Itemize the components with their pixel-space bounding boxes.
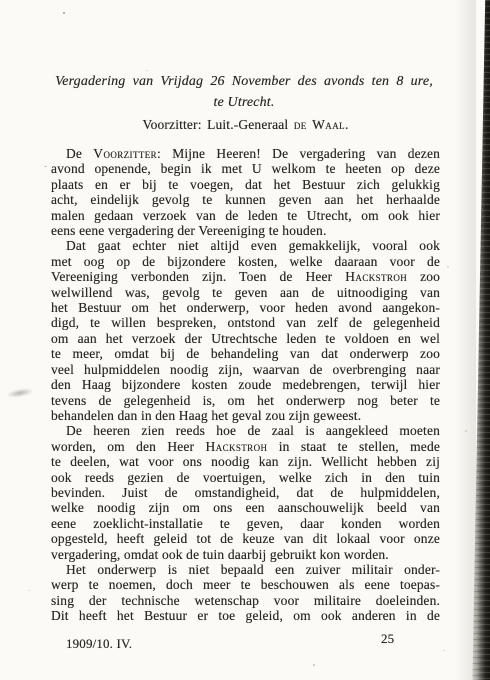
text-line: bevinden. Juist de omstandigheid, dat de… <box>51 485 440 500</box>
scan-speck <box>465 430 467 432</box>
body-text: De Voorzitter: Mijne Heeren! De vergader… <box>51 146 440 624</box>
text-line: malen gedaan verzoek van de leden te Utr… <box>51 208 440 223</box>
paragraph: Het onderwerp is niet bepaald een zuiver… <box>51 562 440 624</box>
text-line: ook reeds gezien de voertuigen, welke zi… <box>51 470 440 485</box>
text-line: eene zoeklicht-installatie te geven, daa… <box>51 516 440 531</box>
text-line: digd, te willen bespreken, ontstond van … <box>51 315 440 330</box>
text-line: te meer, omdat bij de behandeling van da… <box>51 346 440 361</box>
text-line: avond openende, begin ik met U welkom te… <box>51 161 440 176</box>
scan-speck <box>447 266 449 268</box>
text-line: De Voorzitter: Mijne Heeren! De vergader… <box>51 146 440 161</box>
text-line: acht, eindelijk gevolg te kunnen geven a… <box>51 192 440 207</box>
text-line: welke noodig zijn om ons een aanschouwel… <box>51 500 440 515</box>
text-line: behandelen dan in den Haag het geval zou… <box>51 408 440 423</box>
text-line: welwillend was, gevolg te geven aan de u… <box>51 285 440 300</box>
meeting-heading: Vergadering van Vrijdag 26 November des … <box>44 71 444 113</box>
chairman-line: Voorzitter: Luit.-Generaal de Waal. <box>51 117 440 133</box>
text-line: opgesteld, heeft geleid tot de keuze van… <box>51 531 440 546</box>
scan-speck <box>63 12 65 14</box>
text-line: Dit heeft het Bestuur er toe geleid, om … <box>51 608 440 623</box>
small-caps-name: Hackstroh <box>206 439 268 454</box>
text-line: tevens de gelegenheid is, om het onderwe… <box>51 393 440 408</box>
page-curvature-shading <box>454 0 476 680</box>
text-line: het Bestuur om het onderwerp, voor heden… <box>51 300 440 315</box>
text-line: worden, om den Heer Hackstroh in staat t… <box>51 439 440 454</box>
text-line: den Haag bijzondere kosten zoude medebre… <box>51 377 440 392</box>
small-caps-name: Voorzitter <box>93 146 157 161</box>
heading-line-1: Vergadering van Vrijdag 26 November des … <box>44 71 444 92</box>
scan-speck <box>443 650 445 651</box>
scan-speck <box>44 166 47 167</box>
page-number: 25 <box>381 631 394 647</box>
text-line: vergadering, omdat ook de tuin daarbij g… <box>51 547 440 562</box>
paragraph: De heeren zien reeds hoe de zaal is aang… <box>51 423 440 562</box>
volume-footnote: 1909/10. IV. <box>66 636 132 652</box>
scan-speck <box>146 70 148 71</box>
text-line: De heeren zien reeds hoe de zaal is aang… <box>51 423 440 438</box>
scanned-page: Vergadering van Vrijdag 26 November des … <box>0 0 490 680</box>
text-line: Het onderwerp is niet bepaald een zuiver… <box>51 562 440 577</box>
scan-speck <box>28 590 30 591</box>
text-line: Dat gaat echter niet altijd even gemakke… <box>51 238 440 253</box>
text-line: om aan het verzoek der Utrechtsche leden… <box>51 331 440 346</box>
text-line: Vereeniging verbonden zijn. Toen de Heer… <box>51 269 440 284</box>
text-line: veel hulpmiddelen noodig zijn, waarvan d… <box>51 362 440 377</box>
margin-smudge <box>6 387 35 400</box>
text-line: sing der technische wetenschap voor mili… <box>51 593 440 608</box>
text-line: werp te noemen, doch meer te beschouwen … <box>51 577 440 592</box>
text-line: eens eene vergadering der Vereeniging te… <box>51 223 440 238</box>
small-caps-name: de Waal <box>294 117 345 132</box>
text-line: plaats en er bij te voegen, dat het Best… <box>51 177 440 192</box>
paragraph: De Voorzitter: Mijne Heeren! De vergader… <box>51 146 440 238</box>
paragraph: Dat gaat echter niet altijd even gemakke… <box>51 238 440 423</box>
scan-speck <box>313 664 315 666</box>
heading-line-2: te Utrecht. <box>44 92 444 113</box>
text-line: met oog op de bijzondere kosten, welke d… <box>51 254 440 269</box>
text-line: te deelen, wat voor ons noodig kan zijn.… <box>51 454 440 469</box>
small-caps-name: Hackstroh <box>345 269 407 284</box>
